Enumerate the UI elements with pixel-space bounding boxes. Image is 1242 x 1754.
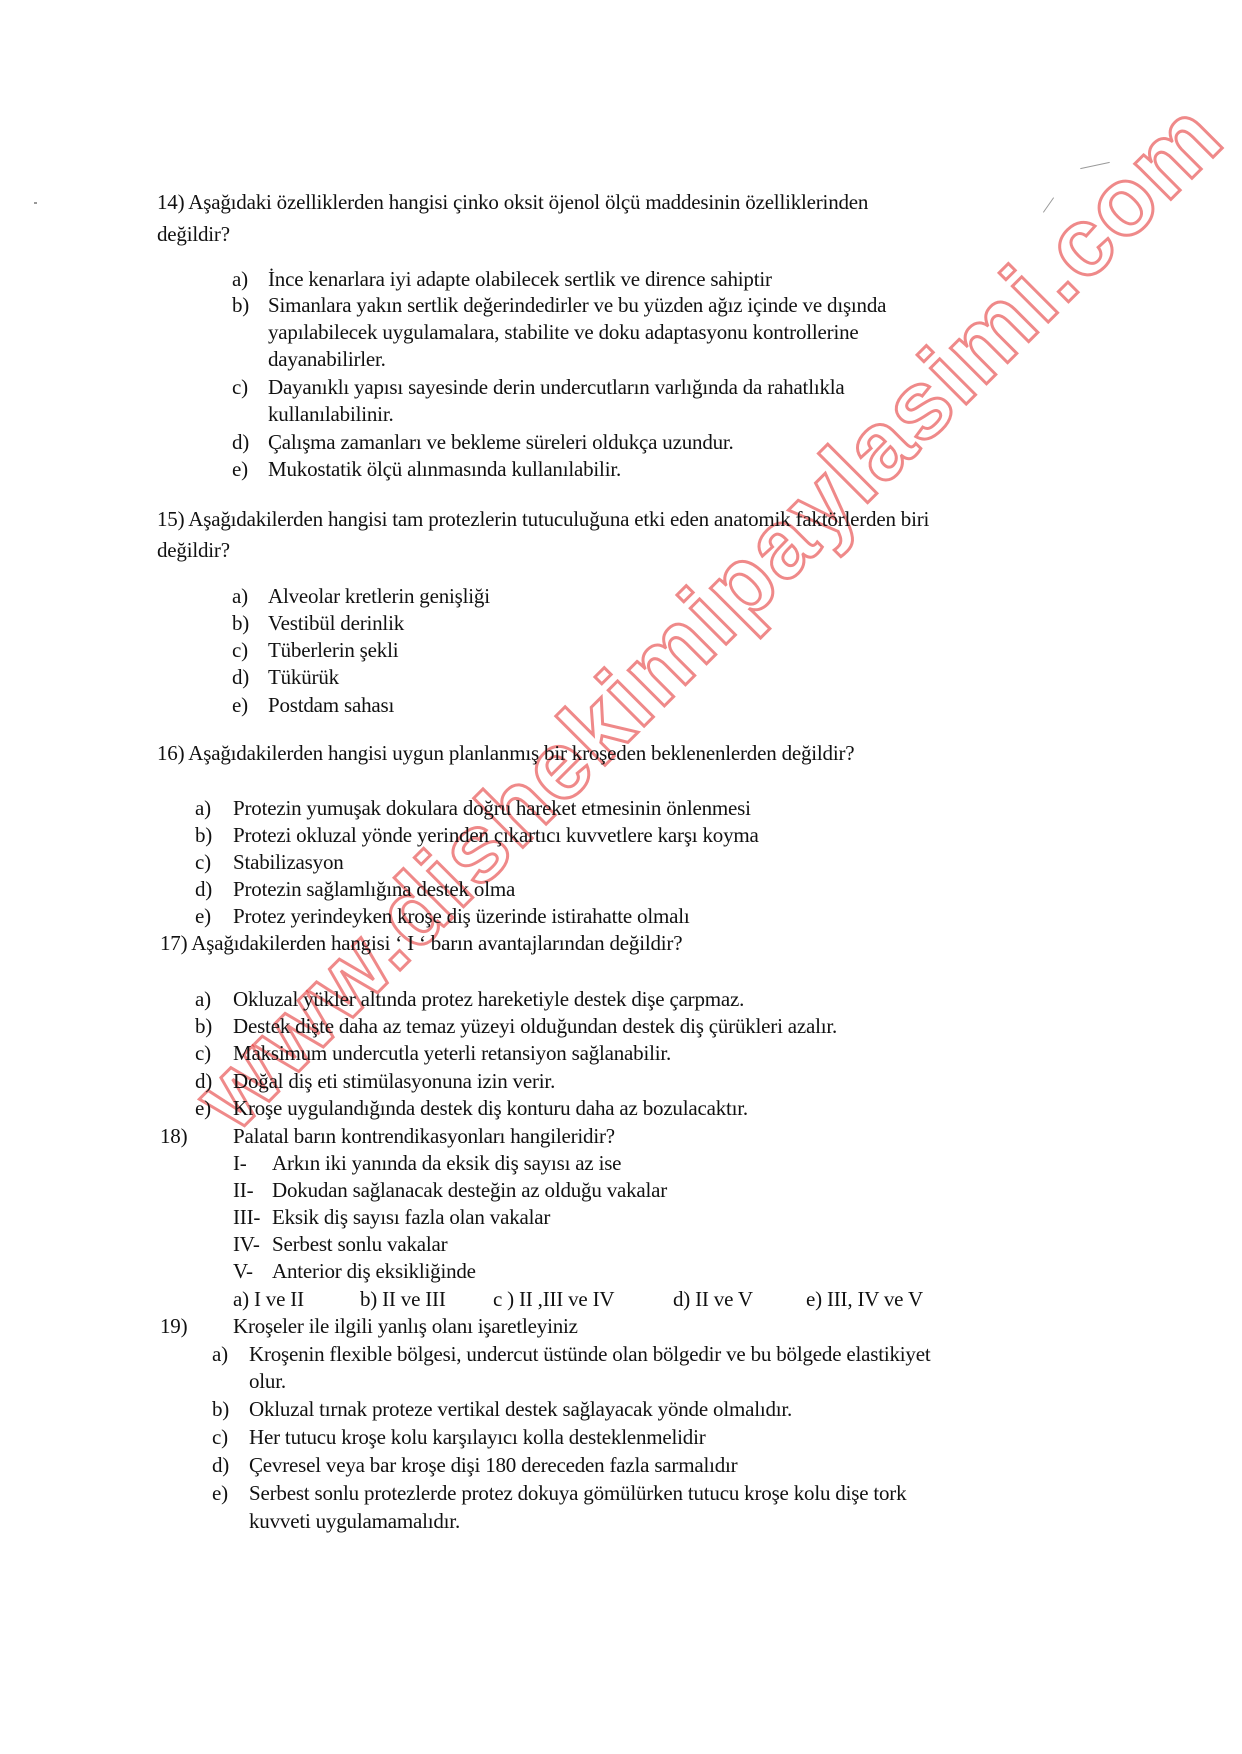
option-text: Stabilizasyon bbox=[233, 849, 344, 875]
statement-text: Serbest sonlu vakalar bbox=[272, 1231, 447, 1257]
option-text: Çevresel veya bar kroşe dişi 180 dereced… bbox=[249, 1452, 737, 1478]
option-text: Tüberlerin şekli bbox=[268, 637, 398, 663]
question-15-text: 15) Aşağıdakilerden hangisi tam protezle… bbox=[157, 506, 929, 532]
question-16-text: 16) Aşağıdakilerden hangisi uygun planla… bbox=[157, 740, 854, 766]
option-label: d) bbox=[195, 876, 212, 902]
choice: b) II ve III bbox=[360, 1286, 446, 1312]
statement-text: Dokudan sağlanacak desteğin az olduğu va… bbox=[272, 1177, 667, 1203]
option-text: Protezin sağlamlığına destek olma bbox=[233, 876, 515, 902]
option-text: Mukostatik ölçü alınmasında kullanılabil… bbox=[268, 456, 621, 482]
option-text: İnce kenarlara iyi adapte olabilecek ser… bbox=[268, 266, 772, 292]
option-label: e) bbox=[195, 1095, 211, 1121]
statement-label: II- bbox=[233, 1177, 253, 1203]
option-text: Doğal diş eti stimülasyonuna izin verir. bbox=[233, 1068, 555, 1094]
statement-label: III- bbox=[233, 1204, 260, 1230]
choice: a) I ve II bbox=[233, 1286, 304, 1312]
option-text: yapılabilecek uygulamalara, stabilite ve… bbox=[268, 319, 859, 345]
scan-speck bbox=[34, 202, 37, 204]
option-text: Protezin yumuşak dokulara doğru hareket … bbox=[233, 795, 751, 821]
option-text: Protez yerindeyken kroşe diş üzerinde is… bbox=[233, 903, 689, 929]
option-text: Destek dişte daha az temaz yüzeyi olduğu… bbox=[233, 1013, 837, 1039]
option-label: c) bbox=[195, 1040, 211, 1066]
option-text: Serbest sonlu protezlerde protez dokuya … bbox=[249, 1480, 906, 1506]
option-label: e) bbox=[232, 456, 248, 482]
question-18-text: Palatal barın kontrendikasyonları hangil… bbox=[233, 1123, 615, 1149]
option-label: c) bbox=[212, 1424, 228, 1450]
option-text: Vestibül derinlik bbox=[268, 610, 404, 636]
option-label: d) bbox=[212, 1452, 229, 1478]
option-label: e) bbox=[195, 903, 211, 929]
option-label: c) bbox=[232, 374, 248, 400]
option-text: kuvveti uygulamamalıdır. bbox=[249, 1508, 460, 1534]
statement-label: IV- bbox=[233, 1231, 260, 1257]
question-19-text: Kroşeler ile ilgili yanlış olanı işaretl… bbox=[233, 1313, 578, 1339]
statement-label: V- bbox=[233, 1258, 253, 1284]
option-label: d) bbox=[232, 429, 249, 455]
question-15-text: değildir? bbox=[157, 537, 230, 563]
statement-label: I- bbox=[233, 1150, 247, 1176]
option-text: dayanabilirler. bbox=[268, 346, 386, 372]
question-18-number: 18) bbox=[160, 1123, 187, 1149]
choice: e) III, IV ve V bbox=[806, 1286, 923, 1312]
choice: d) II ve V bbox=[673, 1286, 753, 1312]
option-text: Alveolar kretlerin genişliği bbox=[268, 583, 490, 609]
option-text: Okluzal tırnak proteze vertikal destek s… bbox=[249, 1396, 792, 1422]
option-text: Postdam sahası bbox=[268, 692, 394, 718]
exam-page: www.dishekimipaylasimi.com 14) Aşağıdaki… bbox=[0, 0, 1242, 1754]
option-label: e) bbox=[232, 692, 248, 718]
option-label: b) bbox=[212, 1396, 229, 1422]
option-label: d) bbox=[195, 1068, 212, 1094]
option-text: Her tutucu kroşe kolu karşılayıcı kolla … bbox=[249, 1424, 706, 1450]
option-label: e) bbox=[212, 1480, 228, 1506]
option-label: a) bbox=[232, 266, 248, 292]
option-text: kullanılabilinir. bbox=[268, 401, 394, 427]
option-text: Çalışma zamanları ve bekleme süreleri ol… bbox=[268, 429, 734, 455]
option-text: Kroşenin flexible bölgesi, undercut üstü… bbox=[249, 1341, 930, 1367]
option-label: a) bbox=[232, 583, 248, 609]
question-14-text: değildir? bbox=[157, 221, 230, 247]
option-text: Simanlara yakın sertlik değerindedirler … bbox=[268, 292, 886, 318]
option-label: b) bbox=[195, 1013, 212, 1039]
option-text: Dayanıklı yapısı sayesinde derin undercu… bbox=[268, 374, 845, 400]
option-text: Protezi okluzal yönde yerinden çıkartıcı… bbox=[233, 822, 759, 848]
option-label: d) bbox=[232, 664, 249, 690]
option-label: b) bbox=[195, 822, 212, 848]
option-text: olur. bbox=[249, 1368, 286, 1394]
question-17-text: 17) Aşağıdakilerden hangisi ‘ I ‘ barın … bbox=[160, 930, 682, 956]
option-text: Okluzal yükler altında protez hareketiyl… bbox=[233, 986, 744, 1012]
question-14-text: 14) Aşağıdaki özelliklerden hangisi çink… bbox=[157, 189, 868, 215]
question-19-number: 19) bbox=[160, 1313, 187, 1339]
choice: c ) II ,III ve IV bbox=[493, 1286, 614, 1312]
statement-text: Eksik diş sayısı fazla olan vakalar bbox=[272, 1204, 550, 1230]
option-label: c) bbox=[232, 637, 248, 663]
option-text: Tükürük bbox=[268, 664, 339, 690]
option-label: a) bbox=[212, 1341, 228, 1367]
statement-text: Anterior diş eksikliğinde bbox=[272, 1258, 476, 1284]
option-label: b) bbox=[232, 292, 249, 318]
option-text: Kroşe uygulandığında destek diş konturu … bbox=[233, 1095, 748, 1121]
option-label: b) bbox=[232, 610, 249, 636]
option-label: a) bbox=[195, 795, 211, 821]
statement-text: Arkın iki yanında da eksik diş sayısı az… bbox=[272, 1150, 621, 1176]
option-text: Maksimum undercutla yeterli retansiyon s… bbox=[233, 1040, 671, 1066]
option-label: c) bbox=[195, 849, 211, 875]
option-label: a) bbox=[195, 986, 211, 1012]
